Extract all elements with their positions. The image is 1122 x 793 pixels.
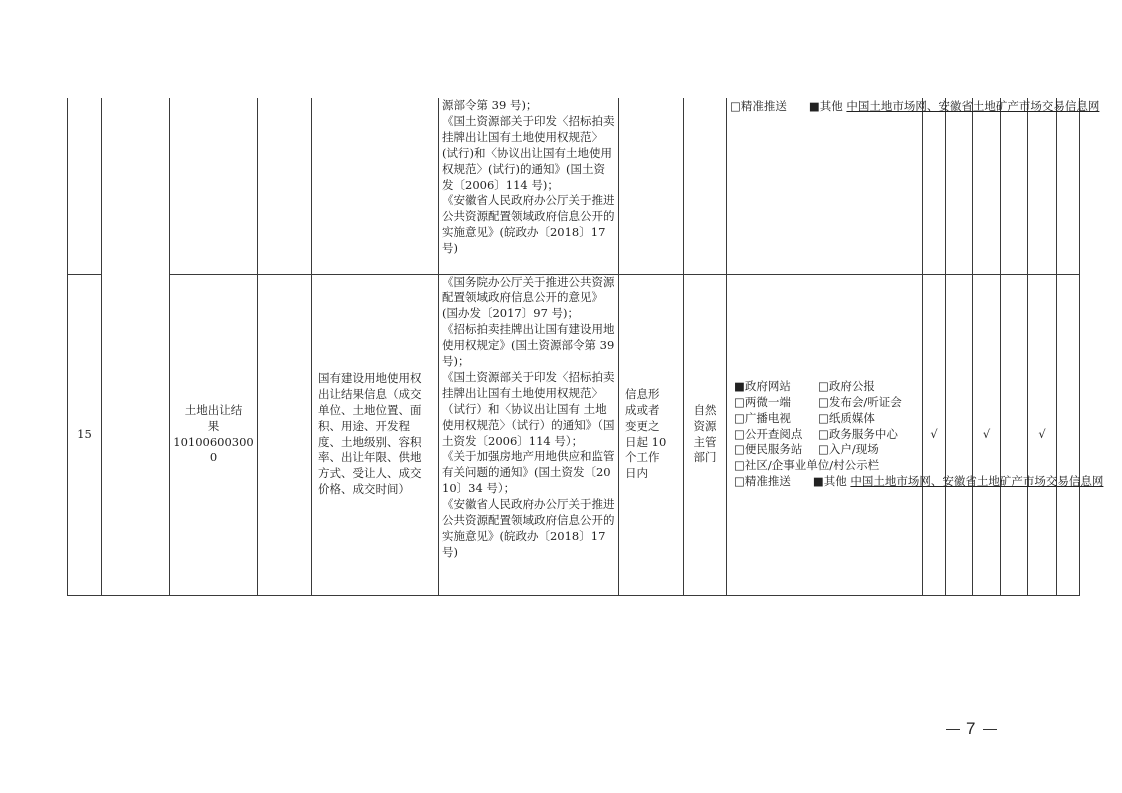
basis-line: 《国土资源部关于印发〈招标拍卖挂牌出让国有土地使用权规范〉（试行）和〈协议出让国… [442, 370, 615, 450]
checkbox-bulletin-board: □社区/企事业单位/村公示栏 [734, 458, 879, 472]
page-number: 7 [940, 719, 1003, 739]
item-cell [170, 98, 258, 274]
subject-cell [684, 98, 727, 274]
check-cell [1001, 98, 1028, 274]
time-limit-line: 成或者 [625, 403, 680, 419]
checkbox-two-micro-one-end: □两微一端 [734, 395, 818, 411]
other-channel-text: 中国土地市场网、安徽省土地矿产市场交易信息网 [846, 99, 1099, 113]
subject-line: 部门 [687, 450, 723, 466]
time-limit-line: 信息形 [625, 387, 680, 403]
subject-line: 自然 [687, 403, 723, 419]
basis-line: 《国土资源部关于印发〈招标拍卖挂牌出让国有土地使用权规范〉(试行)和〈协议出让国… [442, 114, 615, 194]
time-limit-cell [619, 98, 684, 274]
checkbox-precise-push: □精准推送 [730, 99, 787, 113]
check-cell [973, 98, 1001, 274]
other-channel-text: 中国土地市场网、安徽省土地矿产市场交易信息网 [850, 474, 1103, 488]
checkbox-gov-service-center: □政务服务中心 [818, 427, 898, 441]
subject-line: 主管 [687, 435, 723, 451]
checkbox-gov-website: ■政府网站 [734, 379, 818, 395]
item-cell: 土地出让结 果 10100600300 0 [170, 274, 258, 595]
checkbox-precise-push: □精准推送 [734, 474, 791, 488]
subject-cell: 自然 资源 主管 部门 [684, 274, 727, 595]
dash-left [946, 729, 960, 730]
time-limit-line: 变更之 [625, 419, 680, 435]
check-cell [946, 274, 973, 595]
basis-line: 《招标拍卖挂牌出让国有建设用地使用权规定》(国土资源部令第 39 号)； [442, 322, 615, 370]
checkbox-service-station: □便民服务站 [734, 442, 818, 458]
basis-line: 《国务院办公厅关于推进公共资源配置领域政府信息公开的意见》(国办发〔2017〕9… [442, 275, 615, 323]
check-cell [946, 98, 973, 274]
channels-cell: ■政府网站□政府公报 □两微一端□发布会/听证会 □广播电视□纸质媒体 □公开查… [727, 274, 923, 595]
checkbox-press-hearing: □发布会/听证会 [818, 395, 902, 409]
sub-item-cell [258, 274, 312, 595]
basis-line: 《安徽省人民政府办公厅关于推进公共资源配置领域政府信息公开的实施意见》(皖政办〔… [442, 497, 615, 561]
document-page: 源部令第 39 号)； 《国土资源部关于印发〈招标拍卖挂牌出让国有土地使用权规范… [0, 0, 1122, 793]
time-limit-line: 日起 10 [625, 435, 680, 451]
item-code-line: 0 [173, 450, 254, 466]
check-cell [1028, 98, 1057, 274]
item-code-line: 10100600300 [173, 435, 254, 451]
category-cell [102, 98, 170, 595]
checkbox-other: ■其他 [813, 474, 847, 488]
check-cell [1057, 274, 1080, 595]
dash-right [983, 729, 997, 730]
table-row: 15 土地出让结 果 10100600300 0 国有建设用地使用权出让结果信息… [68, 274, 1080, 595]
subject-line: 资源 [687, 419, 723, 435]
check-cell [1057, 98, 1080, 274]
channels-cell: □精准推送■其他 中国土地市场网、安徽省土地矿产市场交易信息网 [727, 98, 923, 274]
content-cell [312, 98, 439, 274]
checkbox-paper-media: □纸质媒体 [818, 411, 875, 425]
check-cell: √ [923, 274, 946, 595]
basis-cell: 源部令第 39 号)； 《国土资源部关于印发〈招标拍卖挂牌出让国有土地使用权规范… [439, 98, 619, 274]
table-row: 源部令第 39 号)； 《国土资源部关于印发〈招标拍卖挂牌出让国有土地使用权规范… [68, 98, 1080, 274]
time-limit-line: 个工作 [625, 450, 680, 466]
basis-line: 《关于加强房地产用地供应和监管有关问题的通知》(国土资发〔2010〕34 号）； [442, 449, 615, 497]
disclosure-table: 源部令第 39 号)； 《国土资源部关于印发〈招标拍卖挂牌出让国有土地使用权规范… [67, 98, 1080, 596]
index-cell: 15 [68, 274, 102, 595]
page-number-value: 7 [966, 719, 977, 738]
sub-item-cell [258, 98, 312, 274]
checkbox-other: ■其他 [809, 99, 843, 113]
item-name-line: 果 [173, 419, 254, 435]
checkbox-door-to-door: □入户/现场 [818, 442, 879, 456]
content-cell: 国有建设用地使用权出让结果信息（成交单位、土地位置、面积、用途、开发程度、土地级… [312, 274, 439, 595]
time-limit-cell: 信息形 成或者 变更之 日起 10 个工作 日内 [619, 274, 684, 595]
check-cell [923, 98, 946, 274]
check-cell: √ [973, 274, 1001, 595]
checkbox-broadcast-tv: □广播电视 [734, 411, 818, 427]
basis-line: 源部令第 39 号)； [442, 98, 615, 114]
check-cell: √ [1028, 274, 1057, 595]
basis-cell: 《国务院办公厅关于推进公共资源配置领域政府信息公开的意见》(国办发〔2017〕9… [439, 274, 619, 595]
item-name-line: 土地出让结 [173, 403, 254, 419]
check-cell [1001, 274, 1028, 595]
checkbox-gov-gazette: □政府公报 [818, 379, 875, 393]
index-cell [68, 98, 102, 274]
basis-line: 《安徽省人民政府办公厅关于推进公共资源配置领域政府信息公开的实施意见》(皖政办〔… [442, 193, 615, 257]
time-limit-line: 日内 [625, 466, 680, 482]
checkbox-public-reading-point: □公开查阅点 [734, 427, 818, 443]
